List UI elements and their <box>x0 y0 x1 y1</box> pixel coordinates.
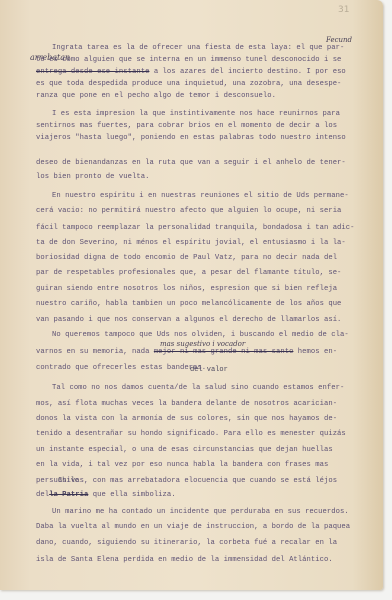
handwritten-annotation-top: Fecund <box>326 36 352 44</box>
text-line-15: boriosidad digna de todo encomio de Paul… <box>36 254 337 263</box>
text-line-10: los bien pronto de vuelta. <box>36 173 149 182</box>
text-line-30: della Patria que ella simboliza. <box>36 491 176 500</box>
text-line-3: entrega desde ese instante a los azares … <box>36 68 346 77</box>
text-line-9: deseo de bienandanzas en la ruta que van… <box>36 159 346 168</box>
text-line-21: varnos en su memoria, nada mejor ni mas … <box>36 348 337 357</box>
text-segment: a los azares del incierto destino. I por… <box>149 68 345 76</box>
text-line-32: Daba la vuelta al mundo en un viaje de i… <box>36 523 350 532</box>
text-line-34: isla de Santa Elena perdida en medio de … <box>36 556 333 565</box>
text-line-33: dano, cuando, siguiendo su itinerario, l… <box>36 539 337 548</box>
text-segment: varnos en su memoria, nada <box>36 348 154 356</box>
text-line-12: cerá vacio: no permitirá nuestro afecto … <box>36 207 341 216</box>
text-line-7: sentirnos mas fuertes, para cobrar brios… <box>36 122 337 131</box>
text-line-23: Tal como no nos damos cuenta/de la salud… <box>52 384 344 393</box>
text-line-1: Ingrata tarea es la de ofrecer una fiest… <box>52 44 344 53</box>
text-line-29: persuasivas, con mas arrebatadora elocue… <box>36 477 337 486</box>
text-line-5: ranza que pone en el pecho algo de temor… <box>36 92 276 101</box>
typewritten-page: 31 Fecund arrebatan mas sugestivo i voca… <box>0 0 383 590</box>
text-line-22: contrado que ofrecerles estas banderas. <box>36 364 206 373</box>
struck-text: entrega desde ese instante <box>36 68 149 76</box>
text-line-4: es que toda despedida produce una inquie… <box>36 80 341 89</box>
text-segment: que ella simboliza. <box>88 491 175 499</box>
text-line-8: viajeros "hasta luego", poniendo en esta… <box>36 134 346 143</box>
page-number: 31 <box>338 5 349 15</box>
text-line-16: par de respetables profesionales que, a … <box>36 269 341 278</box>
text-line-27: un instante especial, o una de esas circ… <box>36 446 333 455</box>
text-line-20: No queremos tampoco que Uds nos olviden,… <box>52 331 349 340</box>
text-line-17: guiran siendo entre nosotros los niños, … <box>36 285 337 294</box>
text-line-6: I es esta impresion la que instintivamen… <box>52 110 340 119</box>
text-line-26: tenido a desentrañar su hondo significad… <box>36 430 346 439</box>
text-segment: del <box>36 491 49 499</box>
text-line-25: donos la vista con la armonía de sus col… <box>36 415 337 424</box>
handwritten-annotation-sugestivo: mas sugestivo i vocador <box>160 340 245 348</box>
struck-text: mejor ni mas grande ni mas santo <box>154 348 294 356</box>
text-line-11: En nuestro espíritu i en nuestras reunio… <box>52 192 349 201</box>
text-line-14: ta de don Severino, ni ménos el espíritu… <box>36 239 346 248</box>
text-line-31: Un marino me ha contado un incidente que… <box>52 508 349 517</box>
text-line-28: en la vida, i tal vez por eso nunca habl… <box>36 461 328 470</box>
text-line-2: te es como alguien que se interna en un … <box>36 56 341 65</box>
text-line-13: fácil tampoco reemplazar la personalidad… <box>36 224 355 233</box>
text-segment: hemos en- <box>293 348 337 356</box>
text-line-24: mos, así flota muchas veces la bandera d… <box>36 400 337 409</box>
struck-text: la Patria <box>49 491 88 499</box>
text-line-19: van pasando i que nos conservan a alguno… <box>36 316 341 325</box>
text-line-18: nuestro cariño, habla tambien un poco me… <box>36 300 341 309</box>
